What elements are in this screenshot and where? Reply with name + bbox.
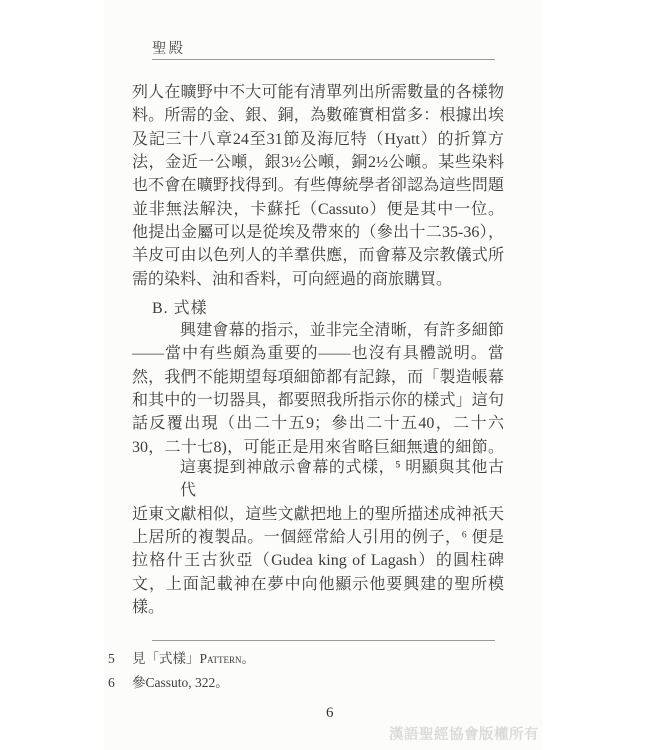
- body-line: 樣。: [132, 596, 504, 619]
- body-line: 和其中的一切器具，都要照我所指示你的樣式」這句: [132, 389, 504, 412]
- body-line: ——當中有些頗為重要的——也沒有具體説明。當: [132, 342, 504, 365]
- body-line: 拉格什王古狄亞（Gudea king of Lagash）的圓柱碑: [132, 549, 504, 572]
- footnote-number: 5: [108, 651, 132, 667]
- body-line: 上居所的複製品。一個經常給人引用的例子，⁶ 便是: [132, 526, 504, 549]
- footnote-text: 參Cassuto, 322。: [132, 675, 229, 691]
- body-line: 料。所需的金、銀、銅，為數確實相當多：根據出埃: [132, 104, 504, 127]
- body-line: 然，我們不能期望每項細節都有記錄，而「製造帳幕: [132, 366, 504, 389]
- footnote-text: 見「式樣」Pattern。: [132, 651, 255, 667]
- body-line: 羊皮可由以色列人的羊羣供應，而會幕及宗教儀式所: [132, 244, 504, 267]
- body-line: 話反覆出現（出二十五9；參出二十五40，二十六: [132, 412, 504, 435]
- paragraph-1: 列人在曠野中不大可能有清單列出所需數量的各樣物 料。所需的金、銀、銅，為數確實相…: [132, 81, 504, 291]
- body-line: 法，金近一公噸，銀3½公噸，銅2½公噸。某些染料: [132, 151, 504, 174]
- body-line: 也不會在曠野找得到。有些傳統學者卻認為這些問題: [132, 174, 504, 197]
- body-line: 需的染料、油和香料，可向經過的商旅購買。: [132, 268, 504, 291]
- body-line: 並非無法解決，卡蘇托（Cassuto）便是其中一位。: [132, 198, 504, 221]
- footnote-text-smallcaps: Pattern: [200, 651, 242, 666]
- footnote-number: 6: [108, 675, 132, 691]
- paragraph-2: 興建會幕的指示，並非完全清晰，有許多細節 ——當中有些頗為重要的——也沒有具體説…: [132, 319, 504, 459]
- footnote-text-post: 。: [242, 651, 256, 666]
- running-header-title: 聖殿: [152, 37, 185, 58]
- section-heading: B. 式樣: [152, 295, 208, 318]
- body-line: 他提出金屬可以是從埃及帶來的（參出十二35-36），: [132, 221, 504, 244]
- body-line: 近東文獻相似，這些文獻把地上的聖所描述成神祇天: [132, 503, 504, 526]
- footnote-item: 5 見「式樣」Pattern。: [108, 651, 512, 667]
- paragraph-3: 這裏提到神啟示會幕的式樣，⁵ 明顯與其他古代 近東文獻相似，這些文獻把地上的聖所…: [132, 456, 504, 619]
- body-line: 這裏提到神啟示會幕的式樣，⁵ 明顯與其他古代: [132, 456, 504, 503]
- footnote-text-pre: 見「式樣」: [132, 651, 200, 666]
- footnote-rule: [152, 640, 495, 641]
- body-line: 興建會幕的指示，並非完全清晰，有許多細節: [132, 319, 504, 342]
- body-line: 文，上面記載神在夢中向他顯示他要興建的聖所模: [132, 573, 504, 596]
- header-rule: [152, 59, 495, 60]
- body-line: 列人在曠野中不大可能有清單列出所需數量的各樣物: [132, 81, 504, 104]
- body-line: 及記三十八章24至31節及海厄特（Hyatt）的折算方: [132, 128, 504, 151]
- page-number: 6: [326, 705, 334, 722]
- footnote-item: 6 參Cassuto, 322。: [108, 675, 512, 691]
- copyright-watermark: 漢語聖經協會版權所有: [389, 723, 539, 744]
